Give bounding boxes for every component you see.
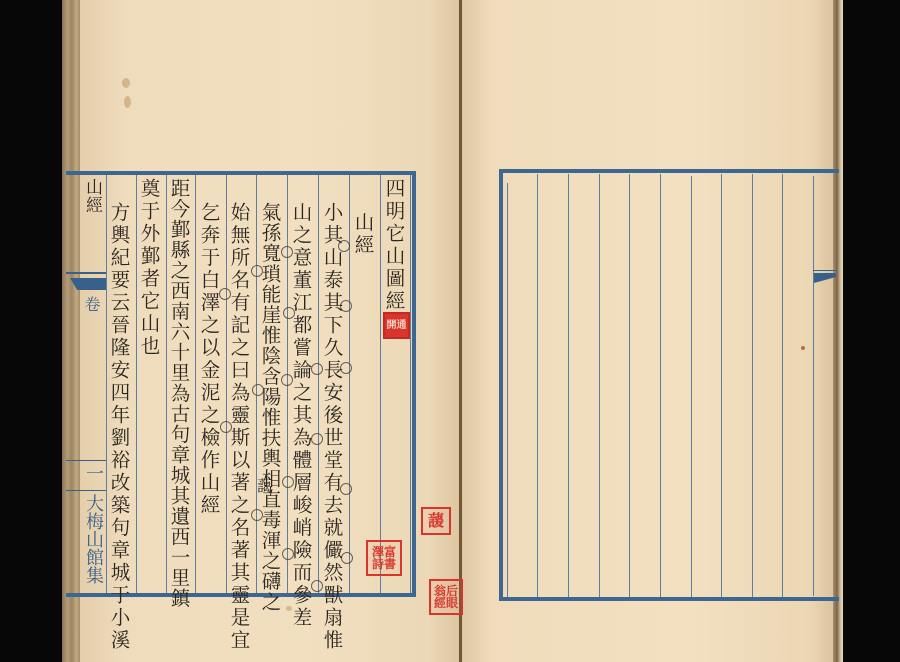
foxing-stain [122, 78, 130, 88]
collector-seal-lower-left: 澤富詩書 [366, 540, 402, 576]
column-rule [136, 175, 137, 593]
punctuation-circle [282, 476, 294, 488]
punctuation-circle [341, 552, 353, 564]
column-rule [507, 183, 508, 597]
punctuation-circle [283, 307, 295, 319]
text-column-1: 小其山泰其下久長安後世堂有去就儼然獸扇惟 [322, 202, 342, 652]
collector-seal-gutter-bottom: 翁后經眼 [429, 579, 463, 615]
column-rule [166, 175, 167, 593]
punctuation-circle [251, 509, 263, 521]
column-rule [599, 174, 600, 597]
column-rule [782, 174, 783, 597]
text-column-6: 距今鄞縣之西南六十里為古句章城其遺西一里鎮 [169, 178, 189, 609]
punctuation-circle [340, 483, 352, 495]
column-rule [349, 175, 350, 593]
margin-divider [66, 460, 106, 461]
punctuation-circle [252, 384, 264, 396]
collector-seal-gutter-top: 蘐 [421, 507, 451, 535]
collection-title: 大梅山館集 [80, 494, 106, 584]
punctuation-circle [281, 246, 293, 258]
margin-juan-number: 一 [80, 464, 106, 483]
punctuation-circle [282, 548, 294, 560]
punctuation-circle [219, 288, 231, 300]
column-rule [721, 174, 722, 597]
text-column-3: 氣孫寬瑣能崖惟陰含陽惟扶輿相直毒渾之礴之 [260, 202, 280, 612]
column-rule [813, 176, 814, 596]
column-rule [380, 175, 381, 593]
margin-juan-label: 卷 [80, 296, 103, 313]
foxing-stain [124, 96, 131, 108]
punctuation-circle [338, 240, 350, 252]
punctuation-circle [311, 433, 323, 445]
column-rule [410, 175, 411, 593]
collector-seal-title: 開通 [383, 312, 410, 339]
right-page-frame [499, 169, 839, 601]
margin-divider [66, 490, 106, 491]
page-title: 四明它山圖經 [384, 178, 404, 313]
column-rule [691, 176, 692, 597]
inserted-character: 藹 [256, 478, 271, 496]
column-rule [568, 174, 569, 597]
margin-section-label: 山經 [80, 178, 105, 214]
text-column-8: 方輿紀要云晉隆安四年劉裕改築句章城于小溪 [109, 202, 129, 652]
margin-divider [813, 270, 837, 271]
text-column-5: 乞奔于白澤之以金泥之檢作山經 [199, 202, 219, 517]
column-rule [660, 174, 661, 597]
column-rule [195, 175, 196, 593]
text-column-2: 山之意董江都嘗論之其為體層峻峭險而參差 [291, 202, 311, 630]
column-rule [629, 174, 630, 597]
column-rule [752, 174, 753, 597]
margin-divider [66, 272, 106, 274]
punctuation-circle [281, 374, 293, 386]
column-rule [537, 174, 538, 597]
punctuation-circle [311, 363, 323, 375]
punctuation-circle [251, 265, 263, 277]
column-rule [226, 175, 227, 593]
punctuation-circle [220, 421, 232, 433]
section-heading: 山經 [353, 212, 373, 257]
punctuation-circle [340, 362, 352, 374]
column-rule [106, 175, 107, 593]
text-column-7: 奠于外鄞者它山也 [139, 178, 159, 358]
punctuation-circle [311, 580, 323, 592]
punctuation-circle [340, 300, 352, 312]
column-rule [318, 175, 319, 593]
